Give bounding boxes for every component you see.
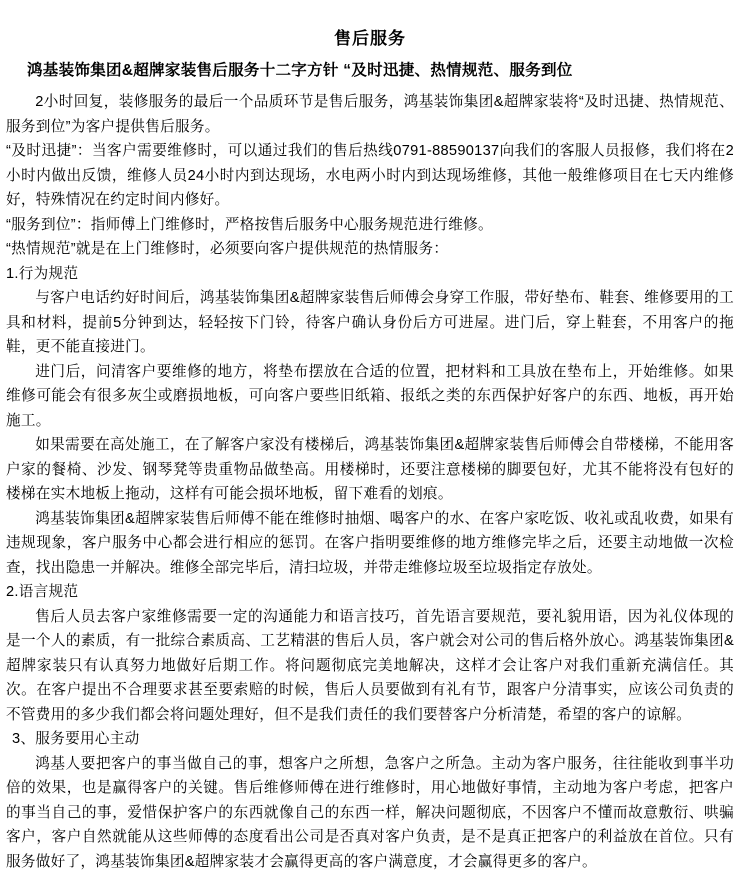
document-page: 售后服务 鸿基装饰集团&超牌家装售后服务十二字方针 “及时迅捷、热情规范、服务到… [0, 0, 740, 880]
proactive-paragraph-1: 鸿基人要把客户的事当做自己的事，想客户之所想，急客户之所急。主动为客户服务，往往… [6, 752, 734, 875]
section-heading-proactive-service: 3、服务要用心主动 [6, 727, 734, 752]
policy-courteous-paragraph: “热情规范”就是在上门维修时，必须要向客户提供规范的热情服务： [6, 237, 734, 262]
section-heading-behavior-standards: 1.行为规范 [6, 262, 734, 287]
policy-motto-subtitle: 鸿基装饰集团&超牌家装售后服务十二字方针 “及时迅捷、热情规范、服务到位 [6, 60, 734, 82]
behavior-paragraph-3: 如果需要在高处施工，在了解客户家没有楼梯后，鸿基装饰集团&超牌家装售后师傅会自带… [6, 433, 734, 507]
policy-service-in-place-paragraph: “服务到位”：指师傅上门维修时，严格按售后服务中心服务规范进行维修。 [6, 213, 734, 238]
language-paragraph-1: 售后人员去客户家维修需要一定的沟通能力和语言技巧，首先语言要规范，要礼貌用语，因… [6, 605, 734, 728]
policy-timely-paragraph: “及时迅捷”：当客户需要维修时，可以通过我们的售后热线0791-88590137… [6, 139, 734, 213]
intro-paragraph: 2小时回复，装修服务的最后一个品质环节是售后服务，鸿基装饰集团&超牌家装将“及时… [6, 90, 734, 139]
behavior-paragraph-4: 鸿基装饰集团&超牌家装售后师傅不能在维修时抽烟、喝客户的水、在客户家吃饭、收礼或… [6, 507, 734, 581]
page-title: 售后服务 [6, 29, 734, 49]
section-heading-language-standards: 2.语言规范 [6, 580, 734, 605]
behavior-paragraph-1: 与客户电话约好时间后，鸿基装饰集团&超牌家装售后师傅会身穿工作服，带好垫布、鞋套… [6, 286, 734, 360]
behavior-paragraph-2: 进门后，问清客户要维修的地方，将垫布摆放在合适的位置，把材料和工具放在垫布上，开… [6, 360, 734, 434]
